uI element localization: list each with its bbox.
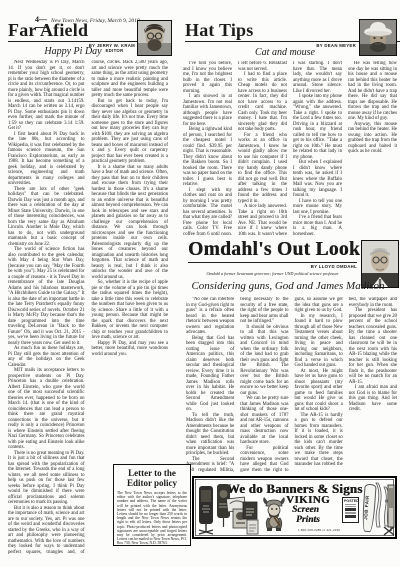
posted-sign-label: POSTED [344,499,357,503]
banners-signs-ad: We do Banners & Signs [192,476,397,539]
paragraph: Next Wednesday is Pi Day, March 14. If y… [8,60,85,132]
paragraph: We can be pretty sure that James Madison… [240,396,288,446]
viking-brand-name: VIKING [286,495,330,505]
paragraph: It is a shame that so many adults have a… [92,165,169,281]
paragraph: He was telling how one day he was sittin… [348,61,397,122]
paragraph: The world of science fiction has also co… [8,247,85,346]
letter-policy-body: The New Town News accepts letters to the… [117,491,187,546]
paragraph: MIT mails its acceptance letters to pros… [8,368,85,451]
jerry-kram-photo [137,20,172,56]
paragraph: There is no great meaning to Pi Day. It … [8,451,85,506]
far-afield-title: Happy Pi Day [8,46,138,57]
paragraph: At most, He might have let us have guns … [295,369,343,413]
viking-mascot [261,496,287,532]
viking-brand-screen: Screen [292,506,319,515]
paragraph: I've told you before, and I know you bel… [183,61,232,94]
paragraph: To tell the truth, Madison didn't like t… [186,413,234,457]
paragraph: In my research, I found it hard to plow … [295,314,343,369]
letter-policy-box: Letter to the Editor policy The New Town… [113,464,191,546]
omdahl-body: "No one can interfere in my God-given ri… [186,297,397,477]
paragraph: There are lots of other "geek holidays" … [8,187,85,248]
posted-sign-line [345,504,356,505]
omdahl-title: Considering guns, God and James Madison [188,280,388,292]
paragraph: I have to tell you one more mouse story.… [293,199,342,216]
banner-stands-art [197,482,259,536]
posted-sign: POSTED [342,497,359,523]
viking-brand-prints: Prints [296,516,320,525]
paragraph: I spoke into my phone again with the add… [293,94,342,160]
paragraph: I had to find a place to write this arti… [238,72,287,133]
posted-sign-bar [345,508,356,511]
rollup-stand-art [372,481,395,537]
posted-sign-line [345,512,356,513]
paragraph: Happy Pi Day, and may you see a better, … [92,341,169,358]
omdahl-byline: BY LLOYD OMDAHL [250,264,357,269]
far-afield-headline: Far Afield [8,20,88,41]
omdahl-headline: Omdahl's Out Look [188,239,360,261]
paragraph: It should be obvious to all that this wa… [240,325,288,397]
ad-phone: 1-800-568-2489 or 421-2290 [284,528,354,532]
paragraph: I am snowed in at Jamestown. I'm not rea… [183,94,232,127]
paragraph: So, whether it is the recipe of apple pi… [92,280,169,341]
omdahl-credit: Omdahl a former lieutenant governor; for… [188,271,357,276]
paragraph: The president has proposed that we give … [349,308,397,385]
hat-tips-headline: Hat Tips [185,20,253,41]
job-fair-flag-label: JOB FAIR [362,485,370,531]
jerry-kram-portrait [138,21,171,55]
paragraph: But to get back to today, I'm discourage… [92,99,169,165]
paragraph: "No one can interfere in my God-given ri… [186,297,234,336]
paragraph: Being a tightwad kind of person, I searc… [183,127,232,188]
hat-tips-body: I've told you before, and I know you bel… [183,61,397,237]
newspaper-page: { "colors": { "ink": "#1c1c1c", "paper":… [0,0,400,567]
letter-policy-title: Letter to the Editor policy [125,469,179,488]
posted-sign-line [345,506,356,507]
omdahl-rule [188,262,357,263]
paragraph: Anyway, this mouse ran behind the heater… [348,122,397,155]
paragraph: I've a friend that fears mice more than … [293,215,342,237]
posted-sign-bar [345,515,356,518]
paragraph: I am afraid man and not God is to blame … [349,385,397,413]
paragraph: As much fun as these holidays are, Pi Da… [8,346,85,368]
paragraph: For a friend who works at an office in J… [238,133,287,205]
paragraph: But when I explained I didn't know where… [293,160,342,199]
hat-tips-title: Cat and mouse [200,47,370,58]
paragraph: Being that God has been dragged into thi… [186,336,234,413]
paragraph: I first heard about Pi Day back in the l… [8,132,85,187]
